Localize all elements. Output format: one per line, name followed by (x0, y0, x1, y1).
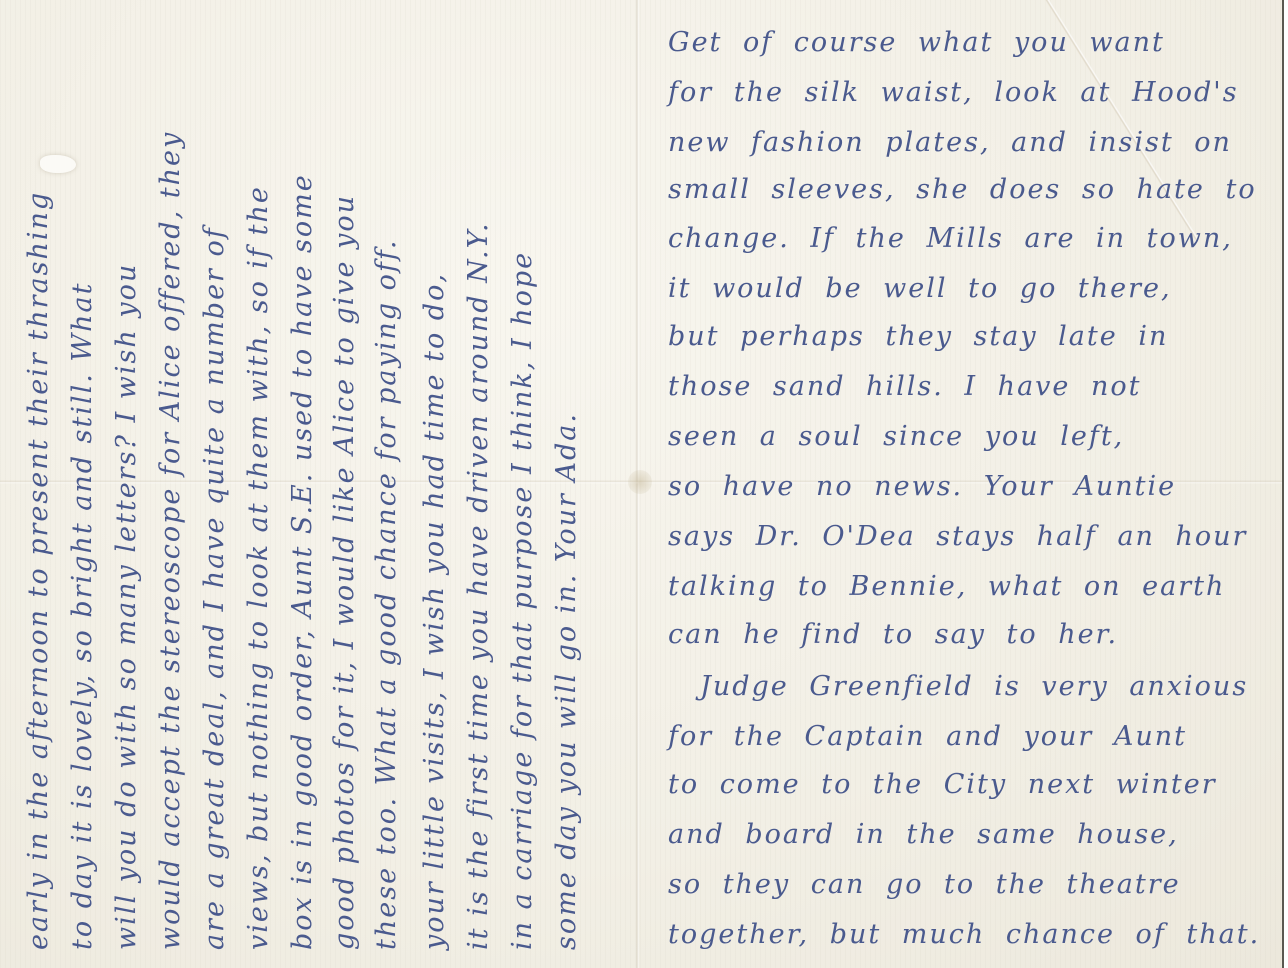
left-line: to day it is lovely, so bright and still… (68, 282, 98, 950)
left-line: in a carriage for that purpose I think, … (508, 251, 538, 950)
right-line: for the silk waist, look at Hood's (668, 78, 1239, 108)
left-line: some day you will go in. Your Ada. (552, 412, 582, 950)
right-line: can he find to say to her. (668, 620, 1118, 650)
left-line: will you do with so many letters? I wish… (112, 263, 142, 950)
right-line: new fashion plates, and insist on (668, 128, 1232, 158)
left-page: early in the afternoon to present their … (0, 0, 636, 968)
right-page: Get of course what you want for the silk… (660, 0, 1280, 968)
page-edge (1282, 0, 1284, 968)
left-line: are a great deal, and I have quite a num… (200, 226, 230, 950)
right-line: so they can go to the theatre (668, 870, 1181, 900)
right-line: Judge Greenfield is very anxious (700, 672, 1248, 702)
left-line: your little visits, I wish you had time … (420, 272, 450, 950)
scan-margin (1284, 0, 1288, 968)
right-line: seen a soul since you left, (668, 422, 1124, 452)
right-line: so have no news. Your Auntie (668, 472, 1176, 502)
right-line: to come to the City next winter (668, 770, 1217, 800)
letter-sheet: early in the afternoon to present their … (0, 0, 1288, 968)
right-line: it would be well to go there, (668, 274, 1172, 304)
left-line: these too. What a good chance for paying… (372, 238, 402, 950)
left-line: early in the afternoon to present their … (24, 191, 54, 950)
right-line: Get of course what you want (668, 28, 1165, 58)
left-line: good photos for it, I would like Alice t… (330, 194, 360, 950)
right-line: talking to Bennie, what on earth (668, 572, 1225, 602)
left-line: would accept the stereoscope for Alice o… (156, 131, 186, 950)
right-line: those sand hills. I have not (668, 372, 1141, 402)
left-line: it is the first time you have driven aro… (464, 221, 494, 950)
right-line: says Dr. O'Dea stays half an hour (668, 522, 1247, 552)
left-line: views, but nothing to look at them with,… (244, 185, 274, 950)
right-line: small sleeves, she does so hate to (668, 175, 1257, 205)
right-line: for the Captain and your Aunt (668, 722, 1187, 752)
right-line: but perhaps they stay late in (668, 322, 1168, 352)
left-line: box is in good order, Aunt S.E. used to … (288, 173, 318, 950)
right-line: together, but much chance of that. (668, 920, 1260, 950)
right-line: and board in the same house, (668, 820, 1179, 850)
right-line: change. If the Mills are in town, (668, 224, 1233, 254)
